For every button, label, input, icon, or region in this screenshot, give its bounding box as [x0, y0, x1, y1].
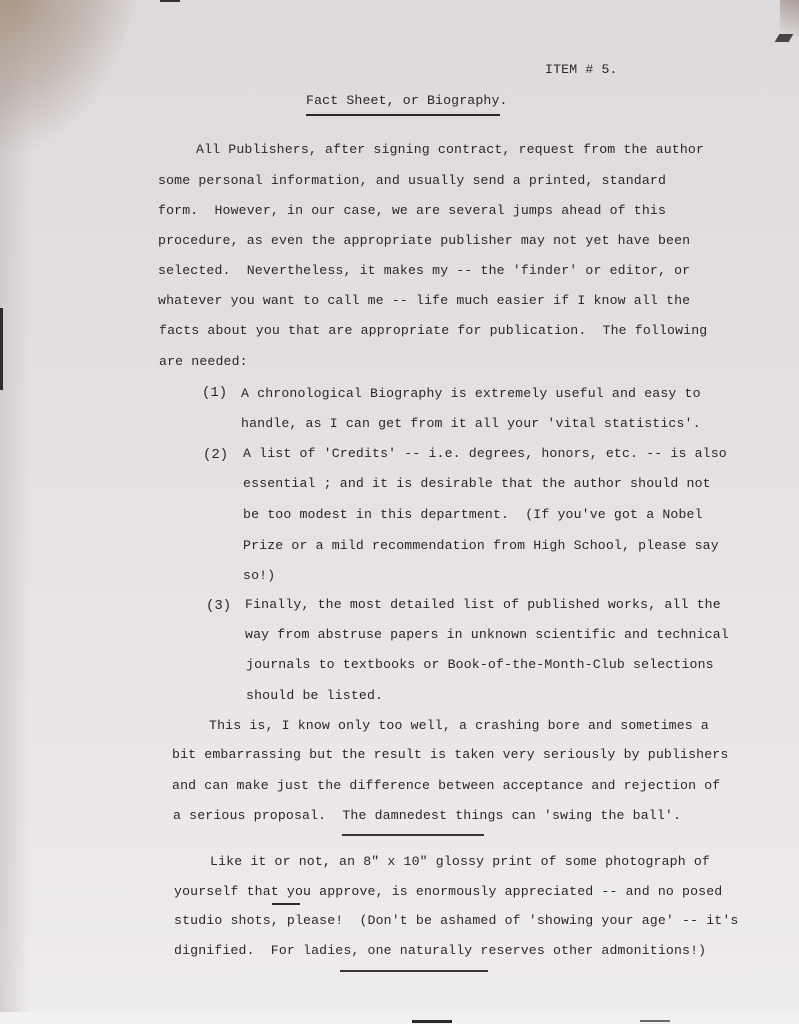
page-bottom-edge: [0, 1012, 799, 1024]
list-item-line: Prize or a mild recommendation from High…: [243, 538, 719, 554]
scan-mark: [640, 1020, 670, 1022]
list-item-line: handle, as I can get from it all your 'v…: [241, 416, 701, 432]
intro-line: form. However, in our case, we are sever…: [158, 203, 666, 219]
list-item-line: A list of 'Credits' -- i.e. degrees, hon…: [243, 446, 727, 462]
intro-line: whatever you want to call me -- life muc…: [158, 293, 690, 309]
photo-line: dignified. For ladies, one naturally res…: [174, 943, 706, 959]
list-item-line: journals to textbooks or Book-of-the-Mon…: [246, 657, 714, 673]
list-item-line: essential ; and it is desirable that the…: [243, 476, 711, 492]
title-underline: [306, 114, 500, 116]
intro-line: are needed:: [159, 354, 248, 370]
scan-mark: [160, 0, 180, 2]
list-item-line: A chronological Biography is extremely u…: [241, 386, 701, 402]
closing-line: bit embarrassing but the result is taken…: [172, 747, 728, 763]
intro-line: some personal information, and usually s…: [158, 173, 666, 189]
closing-line: This is, I know only too well, a crashin…: [209, 718, 709, 734]
corner-fold: [780, 0, 799, 36]
scan-mark: [412, 1020, 452, 1023]
list-item-line: be too modest in this department. (If yo…: [243, 507, 703, 523]
closing-line: a serious proposal. The damnedest things…: [173, 808, 681, 824]
intro-line: selected. Nevertheless, it makes my -- t…: [158, 263, 690, 279]
emphasis-underline: [272, 903, 300, 905]
list-item-line: so!): [243, 568, 275, 584]
photo-line: yourself that you approve, is enormously…: [174, 884, 722, 900]
item-label: ITEM # 5.: [545, 62, 618, 78]
intro-line: All Publishers, after signing contract, …: [196, 142, 704, 158]
photo-line: Like it or not, an 8" x 10" glossy print…: [210, 854, 710, 870]
list-item-line: should be listed.: [246, 688, 383, 704]
list-item-line: Finally, the most detailed list of publi…: [245, 597, 721, 613]
intro-line: procedure, as even the appropriate publi…: [158, 233, 690, 249]
section-divider: [340, 970, 488, 972]
list-item-number: (3): [206, 598, 231, 614]
document-title: Fact Sheet, or Biography.: [306, 93, 508, 109]
scan-mark: [0, 308, 3, 390]
list-item-number: (2): [203, 447, 228, 463]
intro-line: facts about you that are appropriate for…: [159, 323, 707, 339]
list-item-line: way from abstruse papers in unknown scie…: [245, 627, 729, 643]
section-divider: [342, 834, 484, 836]
closing-line: and can make just the difference between…: [172, 778, 720, 794]
photo-line: studio shots, please! (Don't be ashamed …: [174, 913, 738, 929]
list-item-number: (1): [202, 385, 227, 401]
